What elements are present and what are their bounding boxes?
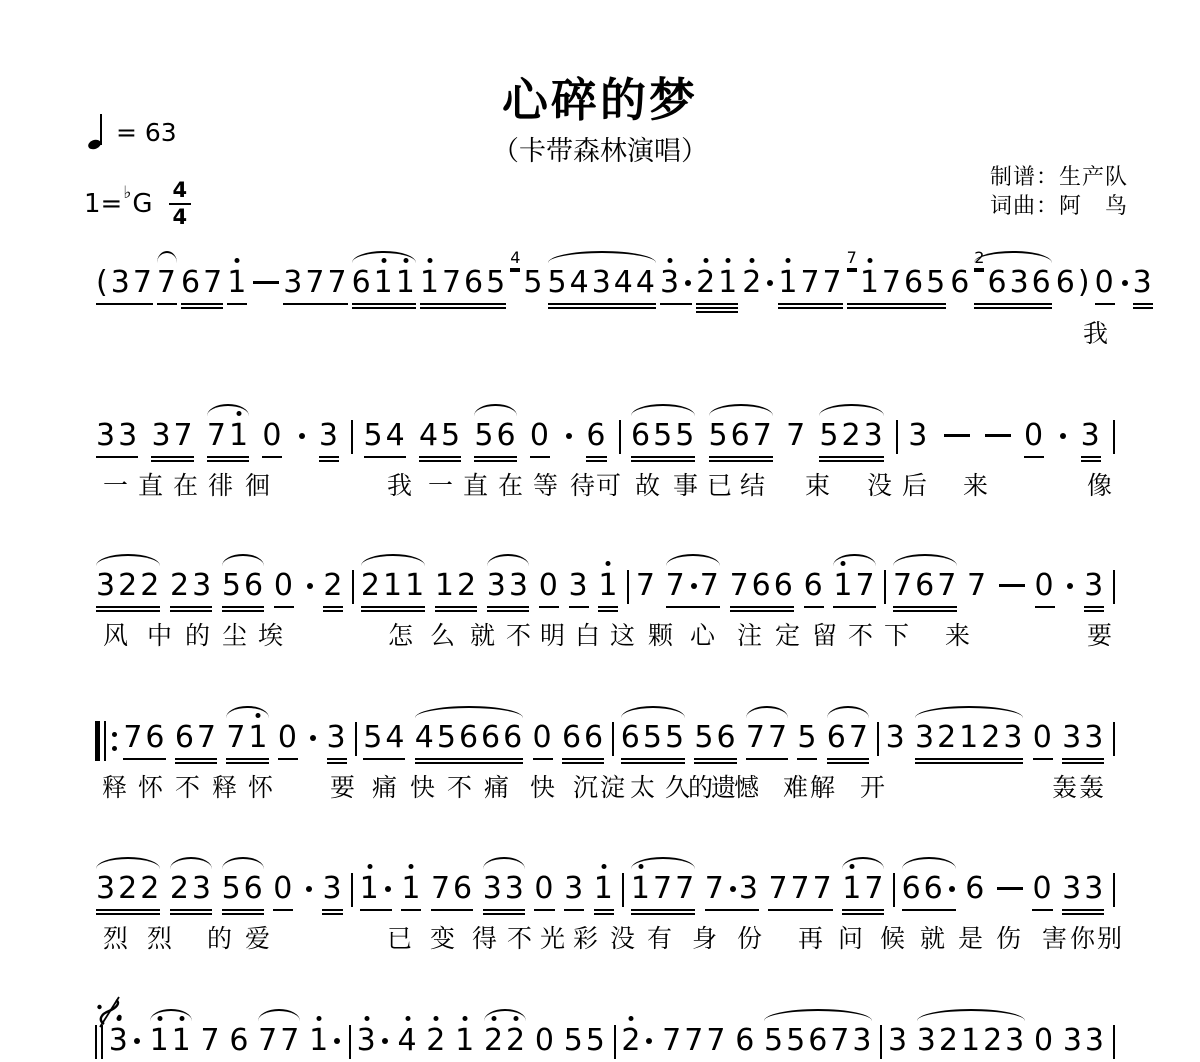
grace-note: 2: [974, 250, 984, 269]
lyric-line-1: 我: [0, 314, 1200, 346]
note-group: 0: [1031, 872, 1055, 906]
sheet-music-page: 心碎的梦 （卡带森林演唱） = 63 1=♭G 4 4 制谱：生产队 词曲：阿 …: [0, 0, 1200, 1062]
lyric-syllable: 后: [902, 466, 927, 502]
lyric-syllable: 我: [387, 466, 412, 502]
note-group: 0: [529, 419, 553, 453]
lyric-syllable: 没: [610, 919, 635, 955]
lyric-syllable: 就: [470, 616, 495, 652]
lyric-syllable: 待: [570, 466, 595, 502]
lyric-syllable: 在: [173, 466, 198, 502]
lyric-syllable: 烈: [147, 919, 172, 955]
barline: [880, 1025, 882, 1059]
lyric-syllable: 已: [707, 466, 732, 502]
lyric-syllable: 故: [635, 466, 660, 502]
note-group: 54: [363, 419, 409, 453]
note-group: 523: [818, 419, 886, 453]
note-group: 71765: [846, 266, 950, 300]
note-group: 56: [221, 569, 267, 603]
lyric-syllable: 注: [737, 616, 762, 652]
note-group: 611: [351, 266, 419, 300]
note-group: 1: [593, 872, 617, 906]
note-group: 67: [826, 721, 872, 755]
lyric-syllable: 束: [805, 466, 830, 502]
lyric-line-5: 烈烈的爱已变得不光彩没有身份再问候就是伤害你别: [0, 919, 1200, 951]
note-group: 655: [620, 721, 688, 755]
barline: [1113, 570, 1115, 604]
lyric-syllable: 爱: [245, 919, 270, 955]
note-group: 55673: [763, 1024, 875, 1058]
grace-note: 4: [510, 250, 520, 269]
note-group: 1765: [419, 266, 509, 300]
lyric-syllable: 身: [692, 919, 717, 955]
note-group: 3: [1083, 569, 1107, 603]
tempo-marking: = 63: [88, 114, 177, 150]
note-group: 0: [1032, 721, 1056, 755]
note-group: 33: [486, 569, 532, 603]
note-group: 377: [282, 266, 350, 300]
note-group: 0: [277, 721, 301, 755]
note-group: 0: [272, 872, 296, 906]
lyric-syllable: 释: [212, 768, 237, 804]
barline: [627, 570, 629, 604]
lyric-syllable: 伤: [996, 919, 1021, 955]
song-title: 心碎的梦: [0, 64, 1200, 130]
note-group: [1056, 419, 1070, 453]
lyric-syllable: 结: [740, 466, 765, 502]
note-group: 3: [318, 419, 342, 453]
note-group: 0: [538, 569, 562, 603]
note-group: [306, 721, 320, 755]
note-group: 21: [695, 266, 741, 300]
lyric-syllable: 难: [783, 768, 808, 804]
note-group: 0: [261, 419, 285, 453]
key-prefix: 1=: [84, 189, 122, 219]
lyric-syllable: 中: [147, 616, 172, 652]
lyric-syllable: 来: [945, 616, 970, 652]
barline: [349, 1025, 351, 1059]
lyric-syllable: 的: [207, 919, 232, 955]
lyric-syllable: 怀: [248, 768, 273, 804]
lyric-syllable: 不: [447, 768, 472, 804]
note-group: [562, 419, 576, 453]
music-system-5: 3222356031176330311777377717666033: [95, 872, 1115, 907]
note-group: 0: [533, 872, 557, 906]
lyric-syllable: 快: [410, 768, 435, 804]
lyric-syllable: 直: [463, 466, 488, 502]
note-group: 7: [966, 569, 990, 603]
lyric-syllable: 白: [575, 616, 600, 652]
barline: [622, 873, 624, 907]
tempo-value: = 63: [116, 118, 177, 147]
lyric-syllable: 你: [1070, 919, 1095, 955]
note-group: 2636: [973, 266, 1054, 300]
lyric-syllable: 开: [860, 768, 885, 804]
note-group: 33: [1061, 872, 1107, 906]
quarter-note-icon: [88, 114, 104, 150]
lyric-syllable: 尘: [222, 616, 247, 652]
lyric-syllable: 已: [387, 919, 412, 955]
note-group: [295, 419, 309, 453]
lyric-syllable: 怀: [138, 768, 163, 804]
lyric-syllable: 沉: [573, 768, 598, 804]
note-group: 67: [174, 721, 220, 755]
note-group: 322: [95, 569, 163, 603]
note-group: 45666: [414, 721, 526, 755]
note-group: 66: [561, 721, 607, 755]
lyric-syllable: 定: [775, 616, 800, 652]
lyric-syllable: 不: [506, 616, 531, 652]
lyric-syllable: 太: [630, 768, 655, 804]
note-group: 0: [1094, 266, 1118, 300]
note-group: 77: [665, 569, 723, 603]
barline: [1113, 1025, 1115, 1059]
barline: [352, 570, 354, 604]
lyric-syllable: 不: [848, 616, 873, 652]
lyric-syllable: 别: [1097, 919, 1122, 955]
note-group: 322: [95, 872, 163, 906]
note-group: 1: [226, 266, 250, 300]
lyric-syllable: 像: [1087, 466, 1112, 502]
lyric-syllable: 释: [102, 768, 127, 804]
lyric-syllable: 遗: [711, 768, 736, 804]
note-group: 6: [585, 419, 609, 453]
lyric-syllable: 淀: [600, 768, 625, 804]
lyric-line-3: 风中的尘埃怎么就不明白这颗心注定留不下来要: [0, 616, 1200, 648]
barline: [612, 722, 614, 756]
grace-note: 7: [847, 250, 857, 269]
barline: [355, 722, 357, 756]
note-group: 7: [156, 266, 180, 300]
note-group: 0: [1033, 1024, 1057, 1058]
barline: [893, 873, 895, 907]
note-group: 777: [661, 1024, 729, 1058]
note-group: 0: [534, 1024, 558, 1058]
barline: [896, 420, 898, 454]
lyric-syllable: 候: [880, 919, 905, 955]
note-group: 67: [180, 266, 226, 300]
lyric-syllable: 一: [428, 466, 453, 502]
note-group: 767: [892, 569, 960, 603]
note-group: 2: [741, 266, 777, 300]
note-group: 77: [257, 1024, 303, 1058]
note-group: 54344: [547, 266, 659, 300]
note-group: 655: [630, 419, 698, 453]
music-system-6: 311767713421220552777655673332123033: [95, 1024, 1115, 1059]
note-group: [982, 419, 1014, 453]
note-group: 6: [949, 266, 973, 300]
note-group: 33: [1062, 1024, 1108, 1058]
note-group: (37: [95, 266, 156, 300]
lyric-syllable: 徊: [245, 466, 270, 502]
lyric-syllable: 光: [540, 919, 565, 955]
lyric-syllable: 下: [884, 616, 909, 652]
lyric-syllable: 的: [185, 616, 210, 652]
flat-icon: ♭: [123, 183, 131, 203]
note-group: 7: [199, 1024, 223, 1058]
note-group: 33: [95, 419, 141, 453]
note-group: 1: [359, 872, 395, 906]
repeat-start-barline: [95, 721, 117, 761]
note-group: 3: [659, 266, 695, 300]
barline: [1113, 420, 1115, 454]
note-group: 3: [568, 569, 592, 603]
note-group: 3: [1080, 419, 1104, 453]
note-group: 1: [308, 1024, 344, 1058]
lyric-syllable: 明: [540, 616, 565, 652]
lyric-syllable: 有: [647, 919, 672, 955]
barline: [1113, 722, 1115, 756]
note-group: 17: [832, 569, 878, 603]
lyric-syllable: 埃: [258, 616, 283, 652]
lyric-line-4: 释怀不释怀要痛快不痛快沉淀太久的遗憾难解开轰轰: [0, 768, 1200, 800]
lyric-syllable: 害: [1042, 919, 1067, 955]
note-group: 1: [454, 1024, 478, 1058]
lyric-syllable: 得: [472, 919, 497, 955]
lyric-syllable: 一: [103, 466, 128, 502]
note-group: 73: [704, 872, 762, 906]
note-group: 177: [630, 872, 698, 906]
note-group: 56: [693, 721, 739, 755]
barline: [1113, 873, 1115, 907]
note-group: 77: [745, 721, 791, 755]
lyric-syllable: 等: [533, 466, 558, 502]
note-group: 3: [907, 419, 931, 453]
note-group: [1063, 569, 1077, 603]
note-group: 766: [729, 569, 797, 603]
note-group: 11: [149, 1024, 195, 1058]
lyric-syllable: 么: [430, 616, 455, 652]
note-group: 3: [326, 721, 350, 755]
note-group: 6: [228, 1024, 252, 1058]
note-group: [994, 872, 1026, 906]
lyric-syllable: 快: [530, 768, 555, 804]
note-group: 2: [322, 569, 346, 603]
lyric-syllable: 怎: [388, 616, 413, 652]
note-group: 32123: [914, 721, 1026, 755]
lyric-syllable: 彩: [573, 919, 598, 955]
note-group: [302, 872, 316, 906]
lyric-syllable: 解: [810, 768, 835, 804]
note-group: 17: [841, 872, 887, 906]
lyric-syllable: 心: [690, 616, 715, 652]
lyric-syllable: 这: [610, 616, 635, 652]
barline: [877, 722, 879, 756]
note-group: 12: [434, 569, 480, 603]
note-group: [1118, 266, 1132, 300]
note-group: 22: [483, 1024, 529, 1058]
lyric-syllable: 份: [737, 919, 762, 955]
lyric-syllable: 痛: [484, 768, 509, 804]
note-group: 6: [964, 872, 988, 906]
note-group: 71: [206, 419, 252, 453]
note-group: 33: [482, 872, 528, 906]
note-group: 3: [108, 1024, 144, 1058]
note-group: 33: [1061, 721, 1107, 755]
lyric-syllable: 轰: [1079, 768, 1104, 804]
time-signature: 4 4: [169, 180, 192, 228]
lyric-syllable: 问: [838, 919, 863, 955]
note-group: 0: [1034, 569, 1058, 603]
note-group: 7: [635, 569, 659, 603]
lyric-syllable: 事: [673, 466, 698, 502]
time-signature-denominator: 4: [173, 205, 188, 228]
music-system-4: 7667710354456660666555677567332123033: [95, 721, 1115, 761]
lyric-syllable: 轰: [1052, 768, 1077, 804]
lyric-syllable: 在: [498, 466, 523, 502]
note-group: [996, 569, 1028, 603]
note-group: 55: [563, 1024, 609, 1058]
note-group: [250, 266, 282, 300]
lyric-syllable: 烈: [103, 919, 128, 955]
music-system-1: (377671377611176545543443212177717656263…: [95, 266, 1115, 301]
lyric-syllable: 徘: [208, 466, 233, 502]
note-group: 777: [767, 872, 835, 906]
lyric-syllable: 不: [175, 768, 200, 804]
barline: [619, 420, 621, 454]
key-letter: G: [132, 189, 152, 219]
note-group: 5: [796, 721, 820, 755]
note-group: 211: [360, 569, 428, 603]
note-group: 2: [620, 1024, 656, 1058]
note-group: 23: [169, 569, 215, 603]
lyric-syllable: 来: [963, 466, 988, 502]
note-group: 4: [396, 1024, 420, 1058]
note-group: 32123: [916, 1024, 1028, 1058]
note-group: 177: [777, 266, 845, 300]
note-group: 45: [509, 266, 546, 300]
lyric-syllable: 憾: [734, 768, 759, 804]
note-group: 3: [1132, 266, 1156, 300]
note-group: 3: [563, 872, 587, 906]
lyric-syllable: 的: [688, 768, 713, 804]
lyric-syllable: 留: [812, 616, 837, 652]
lyric-syllable: 颗: [648, 616, 673, 652]
lyric-syllable: 可: [596, 466, 621, 502]
lyric-syllable: 不: [507, 919, 532, 955]
note-group: 1: [400, 872, 424, 906]
note-group: 37: [150, 419, 196, 453]
note-group: 76: [430, 872, 476, 906]
credit-composer: 词曲：阿 鸟: [990, 192, 1128, 221]
time-signature-numerator: 4: [169, 180, 192, 205]
music-system-2: 33377103544556066555677523303: [95, 419, 1115, 454]
note-group: 3: [885, 721, 909, 755]
note-group: 45: [418, 419, 464, 453]
note-group: 66: [901, 872, 959, 906]
note-group: [941, 419, 973, 453]
lyric-syllable: 变: [430, 919, 455, 955]
music-system-3: 3222356022111233031777766617767703: [95, 569, 1115, 604]
lyric-syllable: 再: [798, 919, 823, 955]
lyric-syllable: 要: [330, 768, 355, 804]
note-group: 3: [321, 872, 345, 906]
note-group: 7: [785, 419, 809, 453]
lyric-syllable: 直: [138, 466, 163, 502]
note-group: 56: [221, 872, 267, 906]
double-barline: [95, 1025, 103, 1059]
note-group: 6: [803, 569, 827, 603]
note-group: 6: [734, 1024, 758, 1058]
note-group: [303, 569, 317, 603]
lyric-syllable: 是: [958, 919, 983, 955]
note-group: 54: [362, 721, 408, 755]
note-group: 0: [532, 721, 556, 755]
note-group: 23: [169, 872, 215, 906]
lyric-syllable: 就: [920, 919, 945, 955]
credits: 制谱：生产队 词曲：阿 鸟: [990, 163, 1128, 221]
note-group: 76: [122, 721, 168, 755]
note-group: 1: [597, 569, 621, 603]
credit-arranger: 制谱：生产队: [990, 163, 1128, 192]
barline: [351, 873, 353, 907]
note-group: 2: [425, 1024, 449, 1058]
note-group: 3: [887, 1024, 911, 1058]
lyric-syllable: 要: [1087, 616, 1112, 652]
lyric-syllable: 我: [1083, 314, 1108, 350]
barline: [351, 420, 353, 454]
note-group: 71: [225, 721, 271, 755]
note-group: 567: [708, 419, 776, 453]
lyric-syllable: 没: [867, 466, 892, 502]
lyric-syllable: 痛: [372, 768, 397, 804]
lyric-syllable: 风: [103, 616, 128, 652]
note-group: 56: [473, 419, 519, 453]
lyric-line-2: 一直在徘徊我一直在等待可故事已结束没后来像: [0, 466, 1200, 498]
barline: [884, 570, 886, 604]
note-group: 6): [1055, 266, 1094, 300]
key-signature: 1=♭G 4 4: [84, 180, 191, 228]
lyric-syllable: 久: [665, 768, 690, 804]
note-group: 0: [273, 569, 297, 603]
note-group: 0: [1023, 419, 1047, 453]
barline: [614, 1025, 616, 1059]
note-group: 3: [356, 1024, 392, 1058]
